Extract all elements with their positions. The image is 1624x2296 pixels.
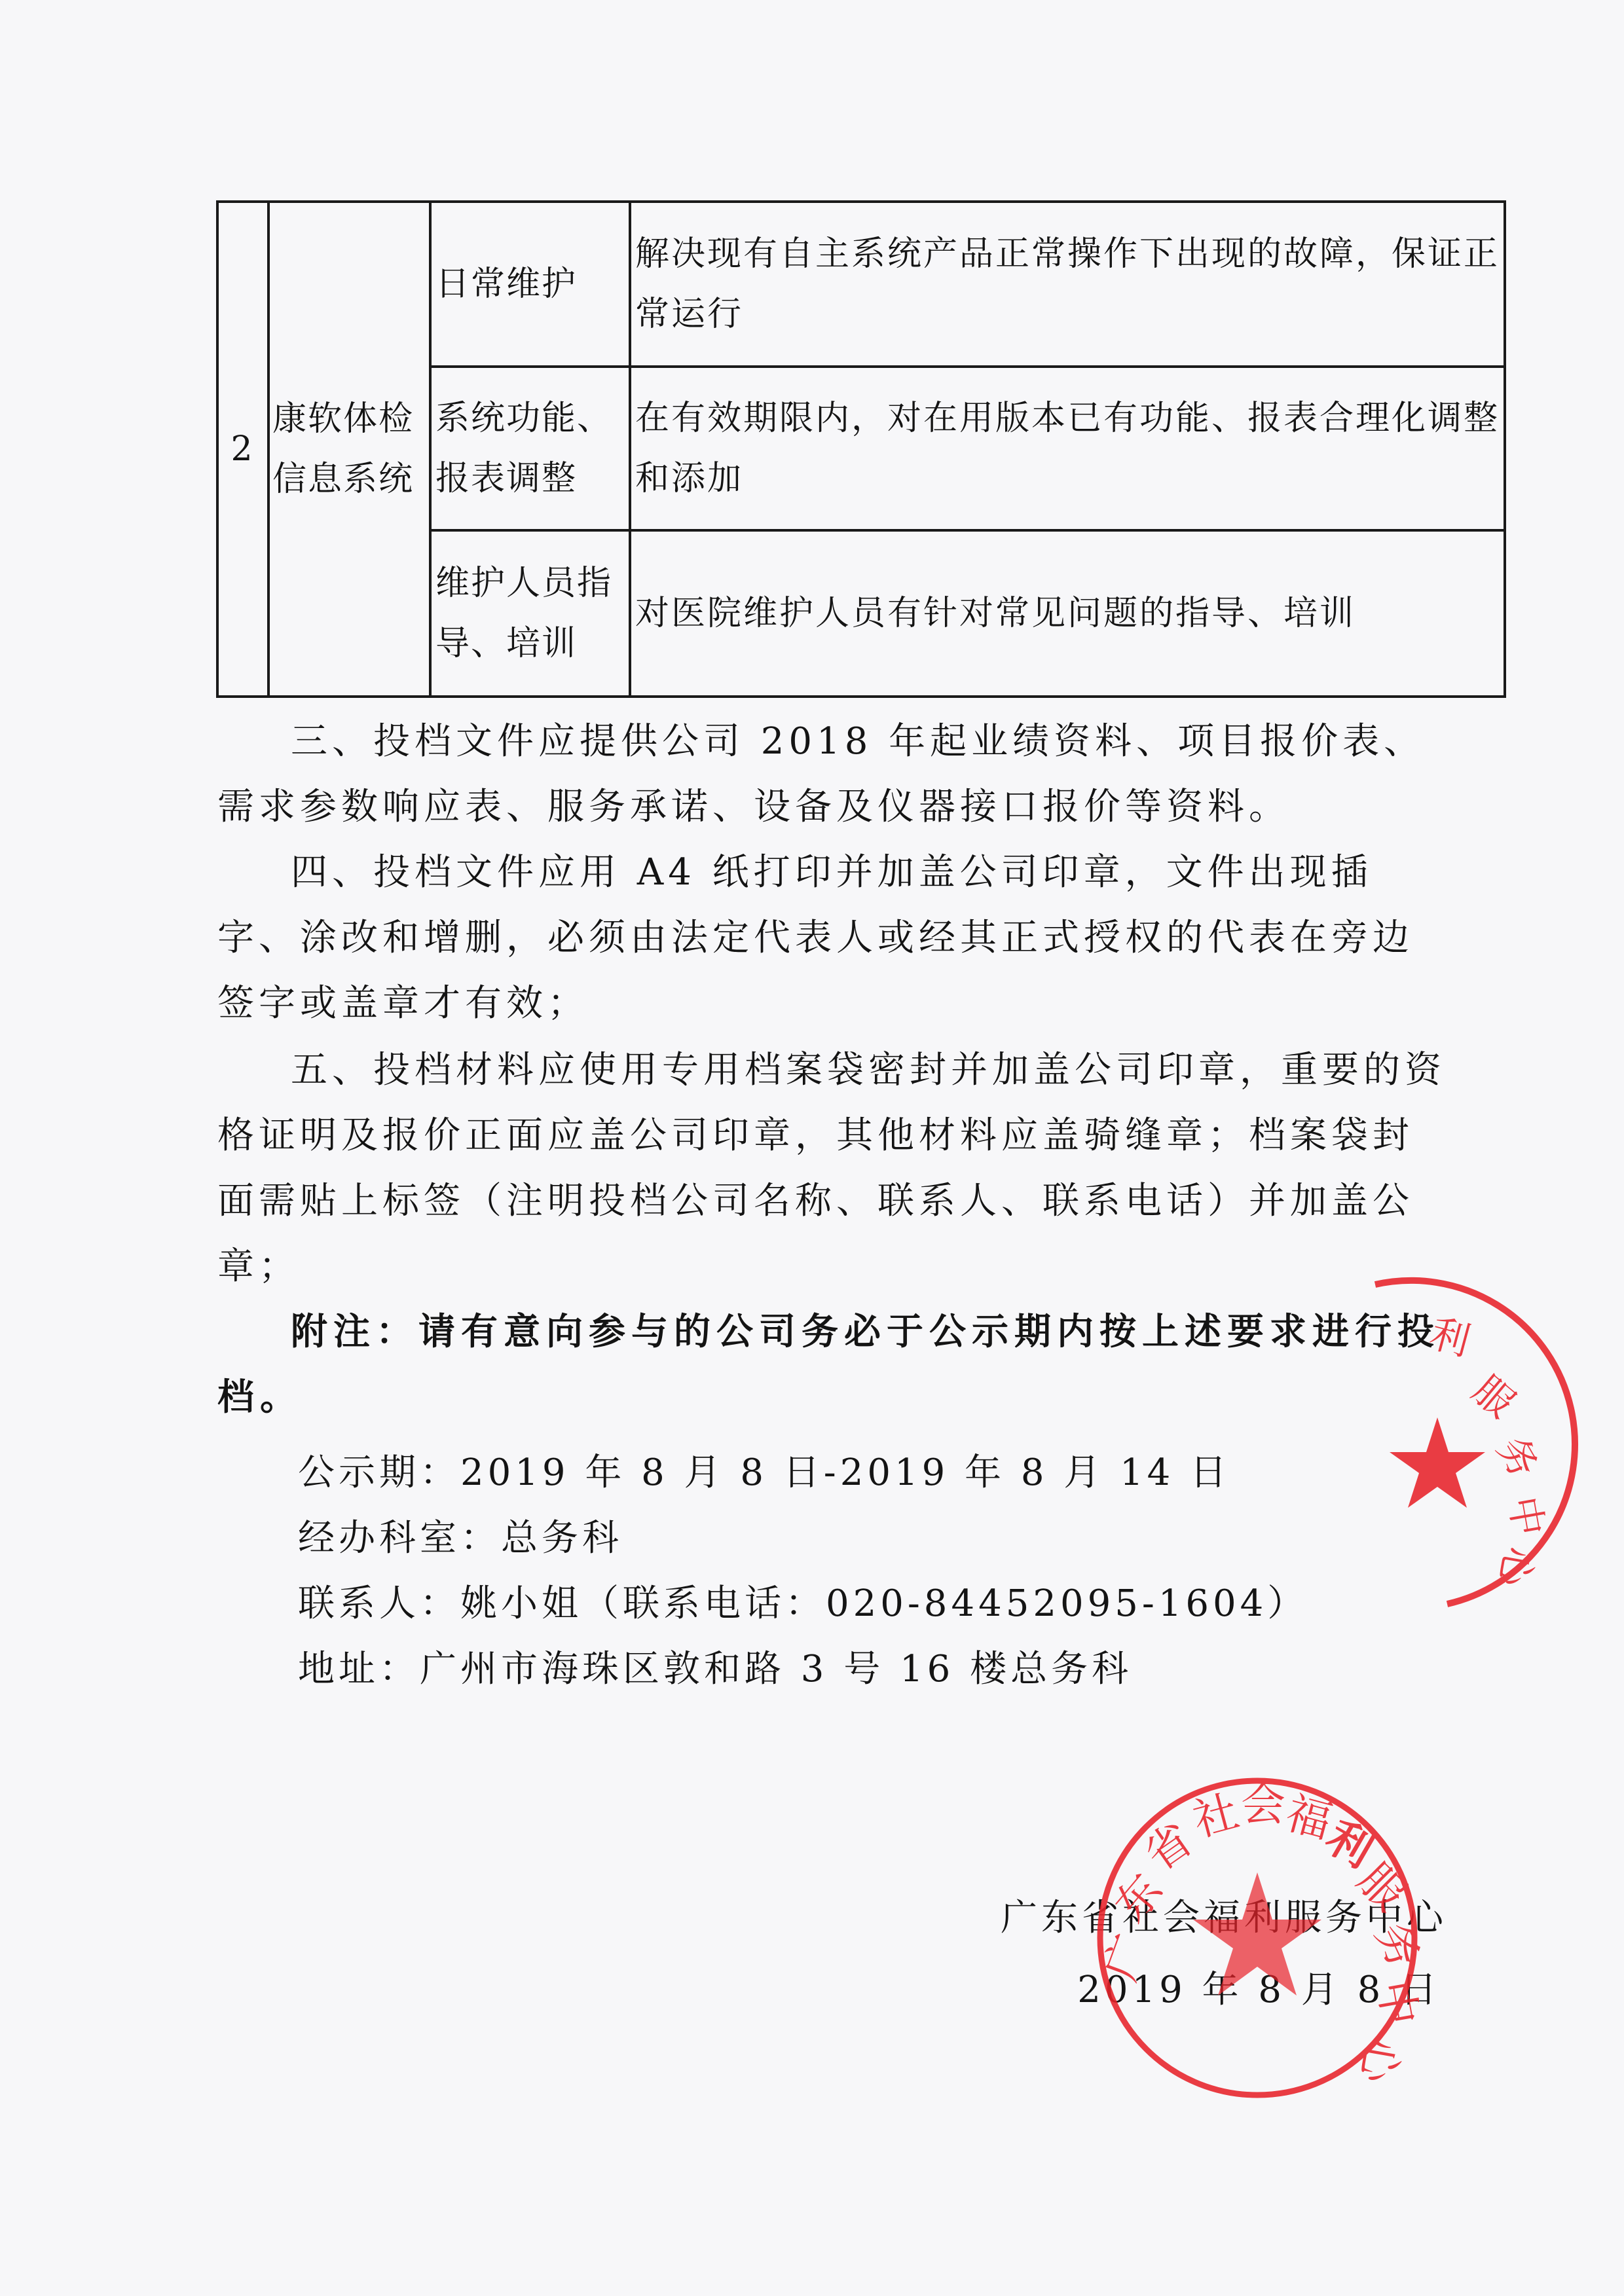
svg-text:服: 服 [1464, 1367, 1523, 1427]
document-page: 2 康软体检信息系统 日常维护 解决现有自主系统产品正常操作下出现的故障，保证正… [0, 0, 1624, 2296]
service-table: 2 康软体检信息系统 日常维护 解决现有自主系统产品正常操作下出现的故障，保证正… [216, 200, 1506, 698]
contact-person: 联系人：姚小姐（联系电话：020-84452095-1604） [298, 1571, 1308, 1637]
paragraph-3: 三、投档文件应提供公司 2018 年起业绩资料、项目报价表、需求参数响应表、服务… [217, 709, 1449, 840]
signature-organization: 广东省社会福利服务中心 [1001, 1886, 1447, 1951]
paragraph-5: 五、投档材料应使用专用档案袋密封并加盖公司印章，重要的资格证明及报价正面应盖公司… [217, 1038, 1449, 1300]
service-item: 维护人员指导、培训 [430, 530, 630, 697]
star-icon [1390, 1417, 1485, 1508]
svg-text:利: 利 [1318, 1811, 1382, 1878]
announcement-period: 公示期：2019 年 8 月 8 日-2019 年 8 月 14 日 [298, 1440, 1230, 1506]
svg-text:心: 心 [1489, 1543, 1541, 1591]
address: 地址：广州市海珠区敦和路 3 号 16 楼总务科 [298, 1637, 1132, 1702]
service-description: 在有效期限内，对在用版本已有功能、报表合理化调整和添加 [630, 367, 1505, 530]
service-item: 日常维护 [430, 202, 630, 367]
paragraph-4: 四、投档文件应用 A4 纸打印并加盖公司印章，文件出现插字、涂改和增删，必须由法… [217, 840, 1449, 1036]
svg-text:社: 社 [1188, 1786, 1244, 1848]
svg-text:务: 务 [1488, 1429, 1547, 1486]
svg-text:会: 会 [1241, 1779, 1285, 1831]
service-description: 对医院维护人员有针对常见问题的指导、培训 [630, 530, 1505, 697]
service-item: 系统功能、报表调整 [430, 367, 630, 530]
svg-text:中: 中 [1500, 1493, 1551, 1539]
signature-date: 2019 年 8 月 8 日 [1077, 1958, 1441, 2023]
handling-department: 经办科室：总务科 [298, 1506, 623, 1571]
note-paragraph: 附注：请有意向参与的公司务必于公示期内按上述要求进行投档。 [217, 1300, 1449, 1430]
row-index: 2 [217, 202, 268, 697]
svg-text:福: 福 [1281, 1787, 1337, 1849]
table-row: 2 康软体检信息系统 日常维护 解决现有自主系统产品正常操作下出现的故障，保证正… [217, 202, 1505, 367]
svg-text:省: 省 [1135, 1813, 1202, 1882]
service-description: 解决现有自主系统产品正常操作下出现的故障，保证正常运行 [630, 202, 1505, 367]
system-name: 康软体检信息系统 [268, 202, 430, 697]
svg-text:心: 心 [1350, 2034, 1409, 2089]
